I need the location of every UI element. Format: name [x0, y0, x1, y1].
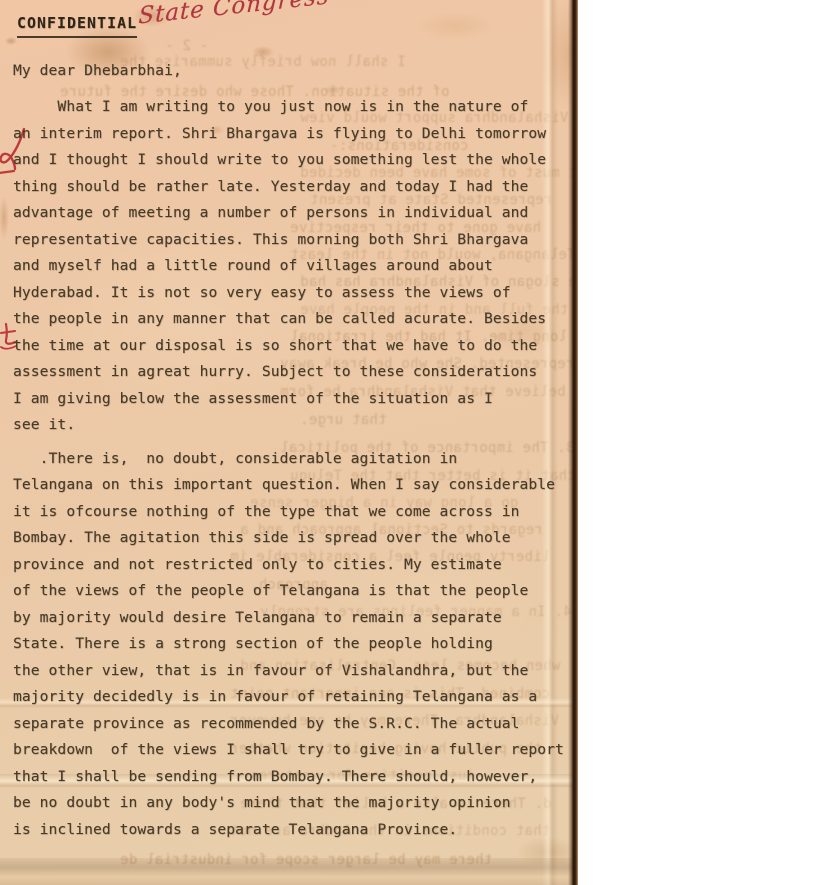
salutation: My dear Dhebarbhai,	[13, 62, 182, 79]
typed-line: is inclined towards a separate Telangana…	[13, 817, 564, 844]
letter-page: - 2 -I shall now briefly summarise theof…	[0, 0, 578, 885]
typed-line: see it.	[13, 412, 564, 439]
typed-line: province and not restricted only to citi…	[13, 552, 564, 579]
typed-line: the time at our disposal is so short tha…	[13, 333, 564, 360]
typed-line: that I shall be sending from Bombay. The…	[13, 764, 564, 791]
typed-line: Hyderabad. It is not so very easy to ass…	[13, 280, 564, 307]
typed-line: Bombay. The agitation this side is sprea…	[13, 525, 564, 552]
typed-line: and I thought I should write to you some…	[13, 147, 564, 174]
bleedthrough-line: there may be larger scope for industrial…	[120, 852, 492, 868]
paragraph: What I am writing to you just now is in …	[13, 94, 564, 439]
letter-body: What I am writing to you just now is in …	[13, 94, 564, 843]
typed-line: Telangana on this important question. Wh…	[13, 472, 564, 499]
typed-line: State. There is a strong section of the …	[13, 631, 564, 658]
bottom-fold-shadow	[0, 858, 578, 885]
typed-line: advantage of meeting a number of persons…	[13, 200, 564, 227]
confidential-stamp: CONFIDENTIAL	[17, 15, 137, 38]
typed-line: What I am writing to you just now is in …	[13, 94, 564, 121]
bleedthrough-line: - 2 -	[165, 38, 208, 54]
typed-line: by majority would desire Telangana to re…	[13, 605, 564, 632]
typed-line: separate province as recommended by the …	[13, 711, 564, 738]
typed-line: assessment in agreat hurry. Subject to t…	[13, 359, 564, 386]
typed-line: I am giving below the assessment of the …	[13, 386, 564, 413]
paragraph: .There is, no doubt, considerable agitat…	[13, 446, 564, 844]
typed-line: be no doubt in any body's mind that the …	[13, 790, 564, 817]
typed-line: it is ofcourse nothing of the type that …	[13, 499, 564, 526]
typed-line: of the views of the people of Telangana …	[13, 578, 564, 605]
typed-line: an interim report. Shri Bhargava is flyi…	[13, 121, 564, 148]
typed-line: .There is, no doubt, considerable agitat…	[13, 446, 564, 473]
paper-edge	[568, 0, 578, 885]
typed-line: the people in any manner that can be cal…	[13, 306, 564, 333]
typed-line: and myself had a little round of village…	[13, 253, 564, 280]
typed-line: majority decidedly is in favour of retai…	[13, 684, 564, 711]
typed-line: representative capacities. This morning …	[13, 227, 564, 254]
handwritten-note-state-congress: State Congress	[138, 0, 338, 30]
typed-line: thing should be rather late. Yesterday a…	[13, 174, 564, 201]
typed-line: the other view, that is in favour of Vis…	[13, 658, 564, 685]
typed-line: breakdown of the views I shall try to gi…	[13, 737, 564, 764]
